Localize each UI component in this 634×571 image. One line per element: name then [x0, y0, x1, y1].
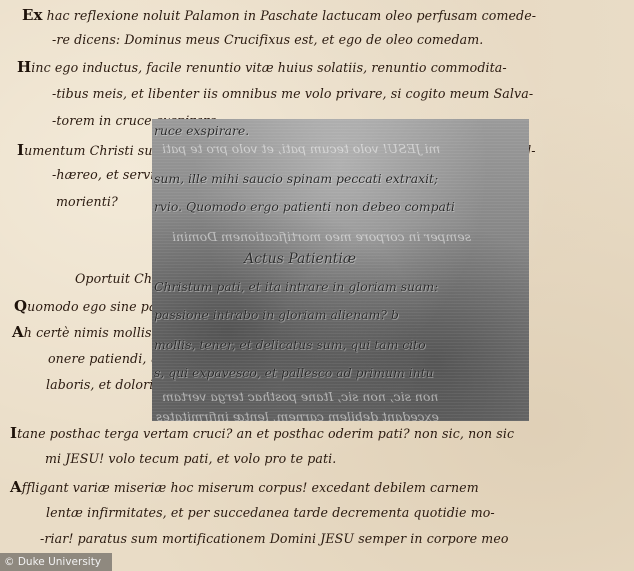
overlay-text-line: Christum pati, et ita intrare in gloriam…	[154, 279, 438, 294]
overlay-text-line: sum, ille mihi saucio spinam peccati ext…	[154, 171, 438, 186]
overlay-text-line: ruce exspirare.	[154, 123, 249, 138]
overlay-text-line: mollis, tener, et delicatus sum, qui tam…	[154, 337, 426, 352]
manuscript-page: Ex hac reflexione noluit Palamon in Pasc…	[0, 0, 634, 571]
manuscript-line-17: lentæ infirmitates, et per succedanea ta…	[46, 505, 495, 520]
manuscript-line-8: morienti?	[56, 194, 118, 209]
multispectral-overlay-image: mi JESU! volo tecum pati, et volo pro te…	[152, 119, 529, 421]
manuscript-line-14: Itane posthac terga vertam cruci? an et …	[10, 424, 514, 442]
ghost-text-line: mi JESU! volo tecum pati, et volo pro te…	[162, 141, 440, 156]
ghost-text-line: semper in corpore meo mortificationem Do…	[172, 229, 471, 244]
manuscript-line-13: laboris, et doloris.	[46, 377, 164, 392]
overlay-text-line: passione intrabo in gloriam alienam? b	[154, 307, 399, 322]
image-credit: © Duke University	[0, 553, 112, 571]
overlay-heading: Actus Patientiæ	[244, 251, 356, 267]
manuscript-line-18: -riar! paratus sum mortificationem Domin…	[40, 531, 509, 546]
manuscript-line-15: mi JESU! volo tecum pati, et volo pro te…	[45, 451, 336, 466]
manuscript-line-1: Ex hac reflexione noluit Palamon in Pasc…	[22, 6, 536, 24]
manuscript-line-2: -re dicens: Dominus meus Crucifixus est,…	[52, 32, 483, 47]
overlay-text-line: s, qui expavesco, et pallesco ad primum …	[154, 365, 434, 380]
ghost-text-line: non sic, non sic, Itane posthac terga ve…	[162, 389, 438, 404]
manuscript-line-3: Hinc ego inductus, facile renuntio vitæ …	[17, 58, 507, 76]
overlay-text-line: rvio. Quomodo ergo patienti non debeo co…	[154, 199, 455, 214]
ghost-text-line: excedant debilem carnem, lentæ infirmita…	[156, 409, 439, 421]
manuscript-line-16: Affligant variæ miseriæ hoc miserum corp…	[10, 478, 479, 496]
manuscript-line-4: -tibus meis, et libenter iis omnibus me …	[52, 86, 533, 101]
